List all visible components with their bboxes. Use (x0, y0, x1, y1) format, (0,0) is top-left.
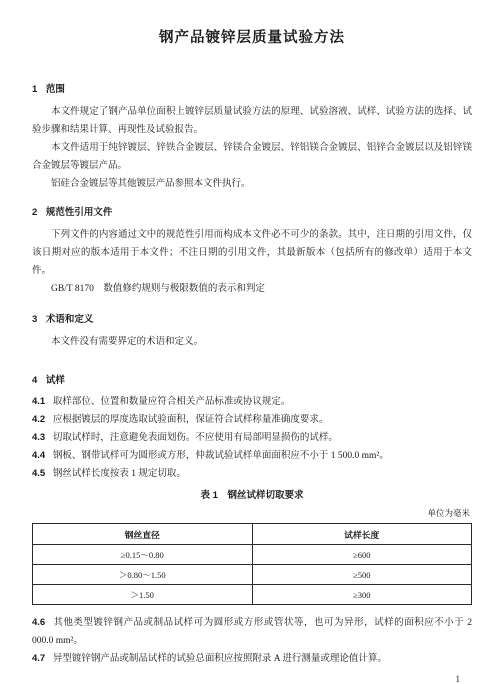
section-1-heading: 1范围 (32, 83, 472, 96)
clause-4-6: 4.6其他类型镀锌钢产品或制品试样可为圆形或方形或管状等，也可为异形，试样的面积… (32, 614, 472, 650)
clause-4-5-number: 4.5 (32, 468, 45, 479)
table-row: ＞1.50 ≥300 (33, 585, 472, 605)
clause-4-2-number: 4.2 (32, 414, 45, 425)
table-1-caption-label: 表 1 (201, 490, 218, 501)
clause-4-5-text: 钢丝试样长度按表 1 规定切取。 (53, 469, 186, 479)
table-1: 钢丝直径 试样长度 ≥0.15～0.80 ≥600 ＞0.80～1.50 ≥50… (32, 523, 472, 605)
table-1-unit-note: 单位为毫米 (32, 508, 470, 518)
table-1-caption: 表 1钢丝试样切取要求 (32, 490, 472, 502)
table-1-header-length: 试样长度 (252, 524, 472, 545)
table-1-header-row: 钢丝直径 试样长度 (33, 524, 472, 545)
section-4-number: 4 (32, 375, 37, 386)
section-1-paragraph-2: 本文件适用于纯锌镀层、锌铁合金镀层、锌镁合金镀层、锌铝镁合金镀层、铝锌合金镀层以… (32, 139, 472, 175)
section-4-heading: 4试样 (32, 374, 472, 387)
clause-4-4-number: 4.4 (32, 450, 45, 461)
table-row: ≥0.15～0.80 ≥600 (33, 545, 472, 565)
page-number: 1 (32, 673, 472, 684)
clause-4-1-text: 取样部位、位置和数量应符合相关产品标准或协议规定。 (53, 397, 291, 407)
normative-reference: GB/T 8170 数值修约规则与极限数值的表示和判定 (32, 280, 472, 298)
table-row: ＞0.80～1.50 ≥500 (33, 565, 472, 585)
table-1-caption-title: 钢丝试样切取要求 (227, 490, 303, 501)
section-3-paragraph-1: 本文件没有需要界定的术语和定义。 (32, 333, 472, 351)
section-4-title: 试样 (46, 375, 65, 386)
clause-4-7: 4.7异型镀锌钢产品或制品试样的试验总面积应按照附录 A 进行测量或理论值计算。 (32, 650, 472, 668)
clause-4-5: 4.5钢丝试样长度按表 1 规定切取。 (32, 465, 472, 483)
table-1-cell-diameter-1: ≥0.15～0.80 (33, 545, 253, 565)
clause-4-6-text: 其他类型镀锌钢产品或制品试样可为圆形或方形或管状等，也可为异形，试样的面积应不小… (32, 618, 472, 646)
table-1-cell-length-2: ≥500 (252, 565, 472, 585)
section-4-clauses-after-table: 4.6其他类型镀锌钢产品或制品试样可为圆形或方形或管状等，也可为异形，试样的面积… (32, 614, 472, 668)
clause-4-2-text: 应根据镀层的厚度选取试验面积，保证符合试样称量准确度要求。 (53, 415, 329, 425)
table-1-cell-diameter-3: ＞1.50 (33, 585, 253, 605)
table-1-cell-length-3: ≥300 (252, 585, 472, 605)
clause-4-4: 4.4钢板、钢带试样可为圆形或方形，仲裁试验试样单面面积应不小于 1 500.0… (32, 447, 472, 465)
clause-4-2: 4.2应根据镀层的厚度选取试验面积，保证符合试样称量准确度要求。 (32, 411, 472, 429)
document-page: 钢产品镀锌层质量试验方法 1范围 本文件规定了钢产品单位面积上镀锌层质量试验方法… (0, 0, 504, 684)
clause-4-3: 4.3切取试样时，注意避免表面划伤。不应使用有局部明显损伤的试样。 (32, 429, 472, 447)
section-2-paragraph-1: 下列文件的内容通过文中的规范性引用而构成本文件必不可少的条款。其中，注日期的引用… (32, 226, 472, 280)
section-1-title: 范围 (46, 84, 65, 95)
clause-4-1: 4.1取样部位、位置和数量应符合相关产品标准或协议规定。 (32, 393, 472, 411)
section-2-heading: 2规范性引用文件 (32, 206, 472, 219)
section-4-clauses-before-table: 4.1取样部位、位置和数量应符合相关产品标准或协议规定。 4.2应根据镀层的厚度… (32, 393, 472, 483)
document-title: 钢产品镀锌层质量试验方法 (32, 30, 472, 47)
clause-4-7-text: 异型镀锌钢产品或制品试样的试验总面积应按照附录 A 进行测量或理论值计算。 (53, 654, 387, 664)
section-1-paragraph-1: 本文件规定了钢产品单位面积上镀锌层质量试验方法的原理、试验溶液、试样、试验方法的… (32, 103, 472, 139)
clause-4-6-number: 4.6 (32, 617, 45, 628)
table-1-cell-length-1: ≥600 (252, 545, 472, 565)
section-3-title: 术语和定义 (46, 314, 94, 325)
clause-4-3-number: 4.3 (32, 432, 45, 443)
clause-4-7-number: 4.7 (32, 653, 45, 664)
section-1-number: 1 (32, 84, 37, 95)
clause-4-3-text: 切取试样时，注意避免表面划伤。不应使用有局部明显损伤的试样。 (53, 433, 338, 443)
section-3-heading: 3术语和定义 (32, 313, 472, 326)
section-1-paragraph-3: 铝硅合金镀层等其他镀层产品参照本文件执行。 (32, 175, 472, 193)
table-1-cell-diameter-2: ＞0.80～1.50 (33, 565, 253, 585)
section-3-number: 3 (32, 314, 37, 325)
section-2-title: 规范性引用文件 (46, 207, 113, 218)
clause-4-1-number: 4.1 (32, 396, 45, 407)
section-2-number: 2 (32, 207, 37, 218)
clause-4-4-text: 钢板、钢带试样可为圆形或方形，仲裁试验试样单面面积应不小于 1 500.0 mm… (53, 451, 389, 461)
table-1-header-diameter: 钢丝直径 (33, 524, 253, 545)
